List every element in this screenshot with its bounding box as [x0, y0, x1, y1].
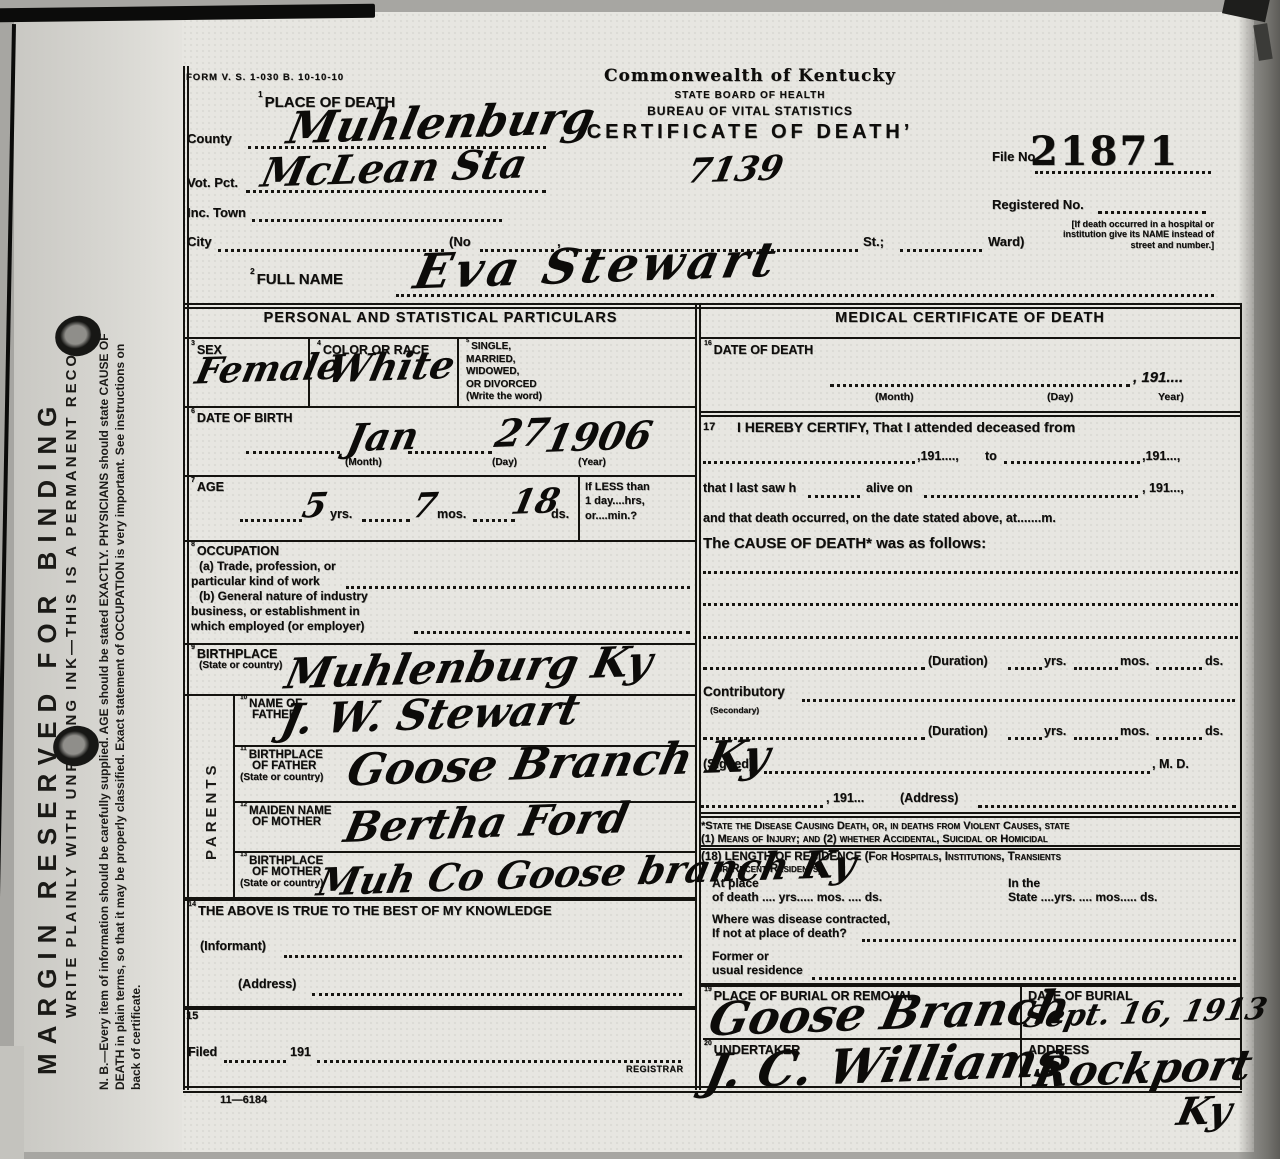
dod-year-print: , 191.... — [1133, 369, 1183, 386]
cell-divider — [578, 475, 580, 540]
cause-footnote-1: *State the Disease Causing Death, or, in… — [701, 820, 1070, 832]
left-section-title: PERSONAL AND STATISTICAL PARTICULARS — [188, 310, 693, 326]
dotted-line — [978, 805, 1236, 808]
duration2-ds: ds. — [1205, 724, 1223, 738]
undertaker-address-handwritten-2: Ky — [1173, 1087, 1236, 1134]
margin-write-plainly-text: WRITE PLAINLY WITH UNFADING INK—THIS IS … — [63, 324, 80, 1018]
form-right-border — [1240, 303, 1242, 1090]
scan-torn-corner — [0, 1046, 24, 1159]
certify-year1: ,191...., — [917, 449, 959, 463]
dotted-line — [802, 699, 1235, 702]
color-race-handwritten: White — [323, 342, 459, 392]
dotted-line — [924, 495, 1138, 498]
last-saw-label: that I last saw h — [703, 481, 796, 495]
informant-label: (Informant) — [200, 939, 266, 953]
alive-on-label: alive on — [866, 481, 913, 495]
occupation-b1: (b) General nature of industry — [199, 589, 368, 603]
day-caption: (Day) — [492, 457, 517, 468]
month-caption: (Month) — [345, 457, 382, 468]
dotted-line — [224, 1060, 286, 1063]
in-the-label: In the — [1008, 876, 1040, 890]
dotted-line — [1008, 667, 1042, 670]
rule — [183, 540, 697, 542]
print-form-number: 11—6184 — [220, 1094, 267, 1106]
dotted-line — [862, 939, 1236, 942]
less-than-one-day-note: If LESS than 1 day....hrs, or....min.? — [585, 480, 650, 523]
precinct-label: Vot. Pct. — [187, 175, 238, 190]
rule-thick — [183, 1006, 697, 1010]
md-label: , M. D. — [1152, 757, 1189, 771]
birth-month-handwritten: Jan — [343, 413, 423, 461]
dotted-line — [317, 1060, 681, 1063]
column-divider-2 — [699, 303, 701, 1090]
dotted-line — [830, 384, 1130, 387]
signed-year: , 191... — [826, 791, 864, 805]
field-number: 2 — [250, 267, 255, 276]
margin-nb-note: N. B.—Every item of information should b… — [96, 328, 145, 1090]
dotted-line — [1074, 667, 1118, 670]
dotted-line — [1004, 461, 1140, 464]
contracted-line-2: If not at place of death? — [712, 926, 847, 940]
registered-no-label: Registered No. — [992, 197, 1084, 212]
dotted-line — [1008, 737, 1042, 740]
dotted-line — [362, 519, 410, 522]
secondary-label: (Secondary) — [710, 705, 759, 715]
rule — [183, 475, 697, 477]
duration-mos: mos. — [1120, 654, 1149, 668]
parents-strip-divider — [233, 694, 235, 898]
dotted-line — [900, 249, 982, 252]
dotted-line — [414, 631, 690, 634]
signed-label: (Signed) — [703, 757, 753, 771]
rule — [699, 848, 1242, 850]
last-saw-year: , 191..., — [1142, 481, 1184, 495]
contributory-label: Contributory — [703, 684, 785, 699]
dotted-line — [703, 737, 925, 740]
of-death-line: of death .... yrs..... mos. .... ds. — [712, 890, 882, 904]
certificate-title: CERTIFICATE OF DEATH’ — [550, 121, 950, 144]
rule — [699, 816, 1242, 818]
column-divider — [695, 303, 697, 1090]
residence-heading-2: or Recent Residents) — [716, 863, 822, 875]
duration2-label: (Duration) — [928, 724, 988, 738]
mother-maiden-handwritten: Bertha Ford — [340, 793, 633, 852]
sex-handwritten: Female — [192, 345, 345, 392]
duration-yrs: yrs. — [1044, 654, 1066, 668]
bureau-subtitle: BUREAU OF VITAL STATISTICS — [585, 104, 915, 118]
birthplace-subcaption: (State or country) — [199, 660, 282, 671]
dotted-line — [240, 519, 302, 522]
dotted-line — [1035, 171, 1211, 174]
dod-day-caption: (Day) — [1047, 391, 1073, 403]
dotted-line — [252, 219, 502, 222]
city-st-label: St.; — [863, 234, 884, 249]
mother-maiden-label: 12MAIDEN NAME — [240, 804, 331, 817]
marital-status-options: 5SINGLE, MARRIED, WIDOWED, OR DIVORCED (… — [466, 341, 542, 404]
cause-of-death-heading: The CAUSE OF DEATH* was as follows: — [703, 535, 986, 552]
dotted-line — [1074, 737, 1118, 740]
field-number: 1 — [258, 90, 263, 99]
year-caption: (Year) — [578, 457, 606, 468]
state-board-subtitle: STATE BOARD OF HEALTH — [585, 90, 915, 101]
rule-under-fullname-2 — [183, 307, 1242, 309]
section-17-number: 17 — [703, 421, 715, 433]
inc-town-label: Inc. Town — [187, 205, 246, 220]
registrar-label: REGISTRAR — [626, 1064, 684, 1074]
dotted-line — [1156, 667, 1202, 670]
dotted-line — [703, 667, 925, 670]
dotted-line — [312, 993, 682, 996]
birthplace-label: 9BIRTHPLACE — [191, 647, 277, 661]
dotted-line — [808, 495, 860, 498]
file-no-value: 21871 — [1030, 128, 1179, 175]
certify-to: to — [985, 449, 997, 463]
precinct-handwritten: McLean Sta — [257, 140, 531, 197]
father-birthplace-label: 11BIRTHPLACE — [240, 748, 323, 761]
certify-line: I HEREBY CERTIFY, That I attended deceas… — [737, 419, 1075, 435]
rule-under-fullname — [183, 303, 1242, 305]
dod-year-caption: Year) — [1158, 391, 1184, 403]
duration-label: (Duration) — [928, 654, 988, 668]
state-line: State ....yrs. .... mos..... ds. — [1008, 890, 1157, 904]
birth-year-handwritten: 1906 — [541, 412, 656, 461]
at-place-label: At place — [712, 876, 759, 890]
dod-month-caption: (Month) — [875, 391, 913, 403]
dotted-line — [701, 805, 823, 808]
former-line-2: usual residence — [712, 963, 803, 977]
city-label: City — [187, 234, 212, 249]
occupation-a2: particular kind of work — [191, 574, 320, 588]
rule — [699, 411, 1242, 413]
dotted-line — [703, 603, 1238, 606]
occupation-label: 8OCCUPATION — [191, 544, 279, 558]
dotted-line — [284, 955, 682, 958]
hospital-instruction-note: [If death occurred in a hospital or inst… — [1062, 219, 1214, 250]
rule — [699, 812, 1242, 814]
rule — [699, 845, 1242, 847]
form-code: FORM V. S. 1-030 B. 10-10-10 — [186, 72, 344, 83]
date-of-death-label: 16DATE OF DEATH — [704, 343, 813, 357]
dotted-line — [703, 571, 1238, 574]
attestation-heading: 14THE ABOVE IS TRUE TO THE BEST OF MY KN… — [188, 903, 552, 918]
dotted-line — [408, 451, 492, 454]
mos-label: mos. — [437, 507, 466, 521]
rule — [699, 415, 1242, 417]
signed-address-label: (Address) — [900, 791, 958, 805]
rule — [699, 337, 1242, 339]
rule-thick — [183, 897, 697, 901]
dotted-line — [1098, 211, 1206, 214]
form-left-border — [183, 66, 185, 1090]
mother-birthplace-label-2: OF MOTHER — [252, 866, 321, 878]
dotted-line — [703, 461, 915, 464]
mother-maiden-label-2: OF MOTHER — [252, 816, 321, 828]
ds-label: ds. — [551, 507, 569, 521]
full-name-heading: 2FULL NAME — [250, 271, 343, 288]
city-ward-label: Ward) — [988, 234, 1024, 249]
stamp-number-handwritten: 7139 — [684, 148, 787, 192]
duration2-mos: mos. — [1120, 724, 1149, 738]
duration2-yrs: yrs. — [1044, 724, 1066, 738]
informant-address-label: (Address) — [238, 977, 296, 991]
dotted-line — [218, 249, 444, 252]
dotted-line — [703, 636, 1238, 639]
right-section-title: MEDICAL CERTIFICATE OF DEATH — [700, 310, 1240, 326]
rule — [183, 406, 697, 408]
yrs-label: yrs. — [330, 507, 352, 521]
father-birthplace-label-2: OF FATHER — [252, 760, 316, 772]
dotted-line — [764, 771, 1150, 774]
filed-year: 191 — [290, 1045, 311, 1059]
county-label: County — [187, 131, 232, 146]
father-birthplace-subcaption: (State or country) — [240, 772, 323, 783]
mother-birthplace-subcaption: (State or country) — [240, 878, 323, 889]
duration-ds: ds. — [1205, 654, 1223, 668]
section-15-number: 15 — [186, 1010, 198, 1022]
former-line-1: Former or — [712, 949, 769, 963]
dotted-line — [346, 586, 690, 589]
filed-label: Filed — [188, 1045, 217, 1059]
residence-heading: (18) LENGTH OF RESIDENCE (For Hospitals,… — [701, 851, 1061, 863]
commonwealth-title: Commonwealth of Kentucky — [585, 66, 915, 86]
dotted-line — [812, 977, 1236, 980]
date-of-birth-label: 6DATE OF BIRTH — [191, 411, 292, 425]
occupation-b3: which employed (or employer) — [191, 619, 364, 633]
occupation-a1: (a) Trade, profession, or — [199, 559, 336, 573]
parents-vertical-label: PARENTS — [203, 761, 220, 860]
contracted-line-1: Where was disease contracted, — [712, 912, 890, 926]
certify-year2: ,191..., — [1142, 449, 1180, 463]
occupation-b2: business, or establishment in — [191, 604, 360, 618]
death-occurred-line: and that death occurred, on the date sta… — [703, 511, 1056, 525]
scanned-death-certificate: MARGIN RESERVED FOR BINDING WRITE PLAINL… — [0, 0, 1280, 1159]
scan-right-shadow — [1238, 0, 1280, 1159]
cause-footnote-2: (1) Means of Injury; and (2) whether Acc… — [701, 833, 1048, 845]
rule — [183, 337, 697, 339]
dotted-line — [246, 451, 340, 454]
dotted-line — [1156, 737, 1202, 740]
mother-birthplace-label: 13BIRTHPLACE — [240, 854, 323, 867]
age-label: 7AGE — [191, 480, 224, 494]
